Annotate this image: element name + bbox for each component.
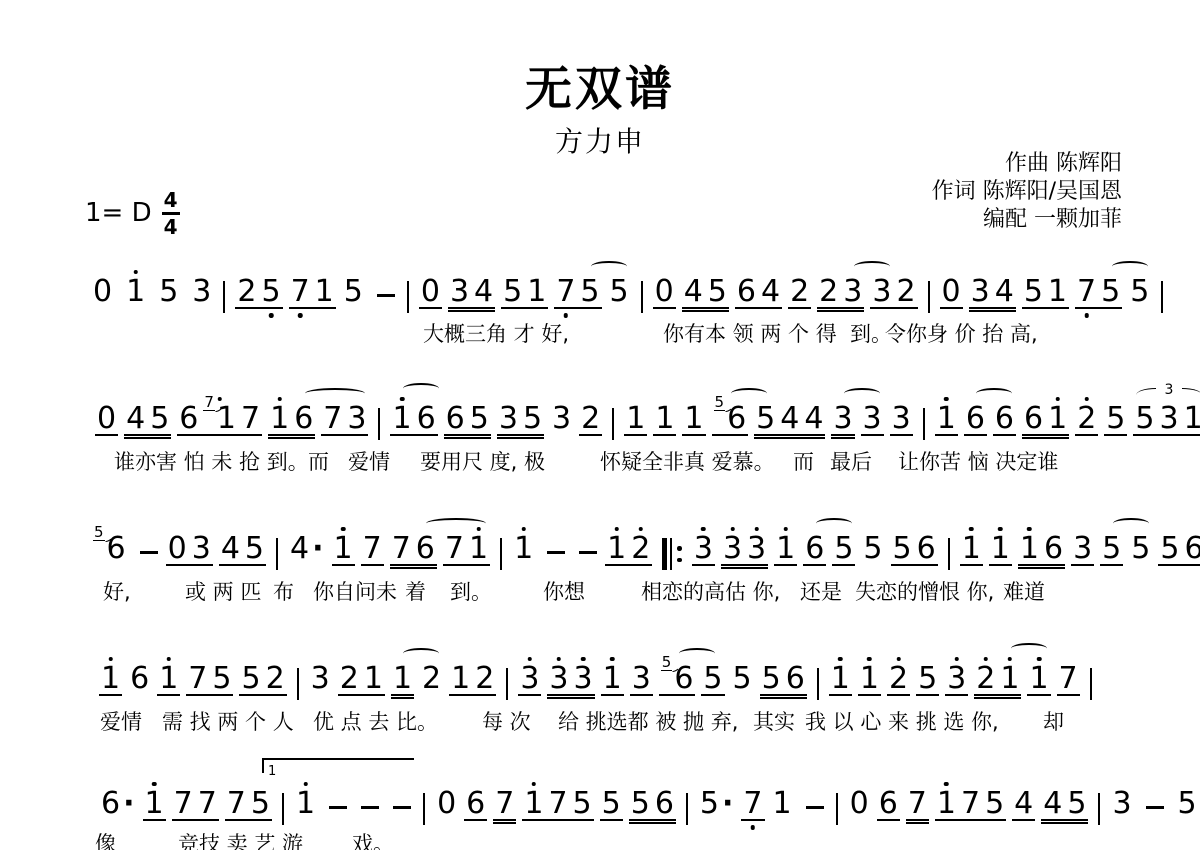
beam-group: 3 <box>890 404 913 436</box>
lyric-segment: 而 <box>308 450 329 475</box>
beam-group: 65 <box>444 404 491 436</box>
note-token: 2 <box>340 664 359 694</box>
note-digit: 3 <box>1112 789 1131 819</box>
octave-dot-above <box>277 397 282 402</box>
beam-group: 4 <box>1012 789 1035 821</box>
measure: 1617552 <box>96 664 290 696</box>
measure: 333165556 <box>689 534 941 566</box>
note-digit: 4 <box>290 534 309 564</box>
note-digit: 5 <box>1067 789 1086 819</box>
beam-group: 1 <box>1027 664 1050 696</box>
note-token: 5 <box>470 404 489 434</box>
beam-group: 6 <box>877 789 900 821</box>
octave-dot-above <box>896 657 901 662</box>
note-digit: 6 <box>1044 534 1063 564</box>
octave-dot-below <box>751 825 756 830</box>
note-digit: 4 <box>126 404 145 434</box>
beam-group: 0153 <box>91 277 213 309</box>
barline <box>928 281 930 313</box>
note-digit: 0 <box>421 277 440 307</box>
tuplet-number: 3 <box>1165 383 1174 397</box>
note-token: 6 <box>966 404 985 434</box>
note-digit: 6 <box>1024 404 1043 434</box>
measure: 16661253531 <box>932 404 1200 436</box>
note-token: 1 <box>603 664 622 694</box>
note-digit: 2 <box>581 404 600 434</box>
measure: 25715 <box>232 277 399 309</box>
note-token: 3 <box>723 534 742 564</box>
note-digit: 1 <box>684 404 703 434</box>
note-token: 1 <box>524 789 543 819</box>
note-digit: 1 <box>937 404 956 434</box>
note-digit: 5 <box>1106 404 1125 434</box>
note-digit: 4 <box>684 277 703 307</box>
note-digit: 2 <box>266 664 285 694</box>
note-token: 3 <box>1112 789 1131 819</box>
dash-rest <box>806 806 824 809</box>
note-token: 1 <box>1048 277 1067 307</box>
beam-group: 5 <box>1100 534 1123 566</box>
note-token: 4 <box>221 534 240 564</box>
beam-group: 75 <box>225 789 272 821</box>
note-digit: 1 <box>860 664 879 694</box>
note-token: 5 <box>1101 277 1120 307</box>
note-token <box>547 551 565 564</box>
barline <box>923 408 925 440</box>
note-digit: 3 <box>311 664 330 694</box>
lyric-segment: 戏。 <box>352 832 394 850</box>
grace-note: 5 <box>714 395 726 411</box>
note-token: 0 <box>437 789 456 819</box>
note-token: 4· <box>290 534 324 564</box>
note-digit: 1 <box>937 789 956 819</box>
note-digit: 0 <box>850 789 869 819</box>
note-token: 1 <box>1048 404 1067 434</box>
note-digit: 1 <box>773 789 792 819</box>
note-token: 1 <box>626 404 645 434</box>
beam-group: 2 <box>420 664 443 696</box>
note-token: 7 <box>363 534 382 564</box>
note-digit: 2 <box>237 277 256 307</box>
beam-group: 2 <box>788 277 811 309</box>
dash-rest <box>1146 806 1164 809</box>
note-digit: 3 <box>723 534 742 564</box>
volta-number: 1 <box>268 765 276 778</box>
beam-group: 56 <box>659 664 696 696</box>
octave-dot-above <box>730 527 735 532</box>
note-digit: 7 <box>227 789 246 819</box>
lyric-segment: 好, <box>103 580 131 605</box>
note-token: 3 <box>833 404 852 434</box>
sheet-page: 无双谱 方力申 作曲 陈辉阳 作词 陈辉阳/吴国恩 编配 一颗加菲 1= D 4… <box>0 0 1200 850</box>
beam-group: 56 <box>712 404 749 436</box>
grace-note: 7 <box>203 395 215 411</box>
measure: 067175556 <box>432 789 679 821</box>
note-digit: 0 <box>168 534 187 564</box>
note-digit: 4 <box>221 534 240 564</box>
music-line: 01532571503451755045642233203451755 <box>88 277 1170 309</box>
note-digit: 4 <box>995 277 1014 307</box>
note-token: 0 <box>655 277 674 307</box>
note-digit: 1 <box>451 664 470 694</box>
note-digit: 5 <box>918 664 937 694</box>
beam-group: 25 <box>235 277 282 309</box>
note-digit: 3 <box>574 664 593 694</box>
note-token: 5 <box>703 664 722 694</box>
octave-dot-above <box>639 527 644 532</box>
repeat-dots <box>677 538 682 570</box>
beam-group: 6 <box>128 664 151 696</box>
beam-group: 5 <box>1128 277 1151 309</box>
note-digit: 5 <box>470 404 489 434</box>
lyric-segment: 爱情 <box>348 450 390 475</box>
note-token: 6 <box>466 789 485 819</box>
note-token: 6 <box>655 789 674 819</box>
note-digit: 1 <box>514 534 533 564</box>
slur-arc <box>591 261 627 272</box>
note-token: 3 <box>971 277 990 307</box>
note-token: 5 <box>1131 534 1150 564</box>
beam-group: 34 <box>969 277 1016 309</box>
note-token: 1 <box>860 664 879 694</box>
note-digit: 5 <box>1178 789 1197 819</box>
note-token: 6 <box>786 664 805 694</box>
octave-dot-above <box>754 527 759 532</box>
note-token: 3 <box>1073 534 1092 564</box>
note-token: 7 <box>908 789 927 819</box>
note-digit: 1 <box>315 277 334 307</box>
beam-group: 1 <box>829 664 852 696</box>
note-token: 6 <box>879 789 898 819</box>
dash-rest <box>547 551 565 554</box>
beam-group: 1 <box>960 534 983 566</box>
lyric-segment: 还是 <box>800 580 842 605</box>
note-token: 1 <box>937 404 956 434</box>
lyric-segment: 失恋的憎恨 你, <box>855 580 994 605</box>
note-token: 4 <box>761 277 780 307</box>
note-digit: 7 <box>174 789 193 819</box>
note-digit: 5 <box>834 534 853 564</box>
note-token: 4 <box>1014 789 1033 819</box>
note-digit: 2 <box>819 277 838 307</box>
note-token: 3 <box>520 664 539 694</box>
octave-dot-above <box>1008 657 1013 662</box>
beam-group: 2 <box>579 404 602 436</box>
beam-group: 1 <box>294 789 413 821</box>
note-token: 0 <box>850 789 869 819</box>
note-token: 4 <box>1043 789 1062 819</box>
note-token: 3 <box>694 534 713 564</box>
beam-group: 33 <box>721 534 768 566</box>
note-token: 1 <box>159 664 178 694</box>
note-digit: 1 <box>270 404 289 434</box>
note-token: 1 <box>393 664 412 694</box>
octave-dot-above <box>581 657 586 662</box>
note-token: 5 <box>1160 534 1179 564</box>
beam-group: 12 <box>605 534 652 566</box>
beam-group: 1 <box>601 664 624 696</box>
beam-group: 3531 <box>1133 404 1200 436</box>
note-digit: 5 <box>703 664 722 694</box>
note-token <box>393 806 411 819</box>
note-digit: 1 <box>1048 277 1067 307</box>
note-token: 6 <box>805 534 824 564</box>
lyric-segment: 或 两 匹 <box>185 580 261 605</box>
note-token: 1 <box>831 664 850 694</box>
note-digit: 5 <box>610 277 629 307</box>
lyric-segment: 竞技 卖 艺 游 <box>178 832 303 850</box>
note-token: 0 <box>97 404 116 434</box>
barline <box>282 793 284 825</box>
lyric-segment: 难道 <box>1003 580 1045 605</box>
barline <box>407 281 409 313</box>
lyric-segment: 让你苦 恼 决定谁 <box>898 450 1058 475</box>
octave-dot-above <box>867 657 872 662</box>
note-token: 5 <box>251 789 270 819</box>
note-digit: 5 <box>893 534 912 564</box>
note-digit: 2 <box>631 534 650 564</box>
note-token: 7 <box>392 534 411 564</box>
note-digit: 7 <box>961 789 980 819</box>
slur-arc <box>1113 518 1149 529</box>
note-token: 5· <box>700 789 734 819</box>
measure: 111635556 <box>957 534 1200 566</box>
note-token: 1 <box>607 534 626 564</box>
octave-dot-above <box>701 527 706 532</box>
note-digit: 5 <box>212 664 231 694</box>
note-token <box>377 294 395 307</box>
note-token: 6 <box>417 404 436 434</box>
octave-dot-above <box>521 527 526 532</box>
score-area: 01532571503451755045642233203451755大概三角 … <box>0 0 1200 850</box>
note-token: 3 <box>1159 404 1178 434</box>
note-digit: 4 <box>474 277 493 307</box>
note-token: 3 <box>549 664 568 694</box>
measure: 0456422332 <box>650 277 921 309</box>
lyric-segment: 其实 <box>753 710 795 735</box>
note-token: 2 <box>790 277 809 307</box>
note-token: 5 <box>1067 789 1086 819</box>
beam-group: 1 <box>512 534 599 566</box>
note-digit: 1 <box>626 404 645 434</box>
beam-group: 3 <box>518 664 541 696</box>
note-digit: 1 <box>603 664 622 694</box>
note-token: 1 <box>527 277 546 307</box>
note-digit: 5 <box>1135 404 1154 434</box>
note-digit: 7 <box>743 789 762 819</box>
note-digit: 7 <box>1059 664 1078 694</box>
note-digit: 3 <box>450 277 469 307</box>
slur-arc <box>679 648 715 659</box>
note-token: 1 <box>1000 664 1019 694</box>
barline <box>297 668 299 700</box>
octave-dot-above <box>944 397 949 402</box>
note-token: 1 <box>101 664 120 694</box>
beam-group: 1 <box>989 534 1012 566</box>
note-token: 6 <box>737 277 756 307</box>
augmentation-dot: · <box>722 789 733 819</box>
note-digit: 3 <box>971 277 990 307</box>
barline <box>223 281 225 313</box>
note-digit: 3 <box>347 404 366 434</box>
note-token: 6 <box>917 534 936 564</box>
note-digit: 6 <box>466 789 485 819</box>
beam-group: 2 <box>887 664 910 696</box>
note-token: 5 <box>756 404 775 434</box>
note-token: 1 <box>991 534 1010 564</box>
note-token: 1 <box>514 534 533 564</box>
note-token: 3 <box>863 404 882 434</box>
measure: 4·177671 <box>285 534 493 566</box>
note-token: 1 <box>145 789 164 819</box>
beam-group: 544 <box>754 404 825 436</box>
begin-repeat-sign <box>662 538 682 570</box>
note-digit: 1 <box>126 277 145 307</box>
note-digit: 2 <box>340 664 359 694</box>
note-digit: 5 <box>241 664 260 694</box>
note-token: 6 <box>1024 404 1043 434</box>
beam-group: 3 <box>861 404 884 436</box>
note-token: 5 <box>1135 404 1154 434</box>
beam-group: 6 <box>993 404 1016 436</box>
note-digit: 5 <box>631 789 650 819</box>
note-digit: 5 <box>985 789 1004 819</box>
beam-group: 12 <box>449 664 496 696</box>
note-digit: 3 <box>833 404 852 434</box>
note-digit: 2 <box>889 664 908 694</box>
note-token: 1 <box>315 277 334 307</box>
note-digit: 5 <box>762 664 781 694</box>
note-token: 7 <box>198 789 217 819</box>
octave-dot-below <box>298 313 303 318</box>
beam-group: 3 <box>831 404 854 436</box>
note-token: 7 <box>556 277 575 307</box>
note-token: 2 <box>581 404 600 434</box>
beam-group: 3 <box>692 534 715 566</box>
beam-group: 71 <box>443 534 490 566</box>
note-digit: 5 <box>602 789 621 819</box>
note-digit: 3 <box>549 664 568 694</box>
note-token: 5 <box>573 789 592 819</box>
octave-dot-above <box>133 270 138 275</box>
note-digit: 2 <box>790 277 809 307</box>
note-token: 7 <box>241 404 260 434</box>
octave-dot-above <box>944 782 949 787</box>
note-digit: 6 <box>179 404 198 434</box>
beam-group: 3 <box>550 404 573 436</box>
measure: 5·71 <box>695 789 829 821</box>
note-token: 5 <box>762 664 781 694</box>
note-token: 5 <box>610 277 629 307</box>
grace-note: 5 <box>661 655 673 671</box>
note-digit: 1 <box>1029 664 1048 694</box>
beam-group: 03 <box>166 534 213 566</box>
note-digit: 6 <box>966 404 985 434</box>
octave-dot-above <box>557 657 562 662</box>
beam-group: 61 <box>1022 404 1069 436</box>
note-digit: 1 <box>527 277 546 307</box>
note-token: 7 <box>961 789 980 819</box>
note-token: 5 <box>834 534 853 564</box>
note-digit: 5 <box>251 789 270 819</box>
note-digit: 6 <box>879 789 898 819</box>
note-digit: 4 <box>804 404 823 434</box>
barline <box>500 538 502 570</box>
measure: 112532117 <box>826 664 1083 696</box>
beam-group: 3 <box>1071 534 1094 566</box>
note-digit: 2 <box>896 277 915 307</box>
lyric-segment: 到。 <box>450 580 492 605</box>
octave-dot-above <box>476 527 481 532</box>
note-token: 5 <box>241 664 260 694</box>
note-token: 0 <box>421 277 440 307</box>
beam-group: 5 <box>731 664 754 696</box>
octave-dot-above <box>984 657 989 662</box>
note-digit: 3 <box>747 534 766 564</box>
beam-group: 35 <box>497 404 544 436</box>
beam-group: 2 <box>1075 404 1098 436</box>
note-token: 3 <box>552 404 571 434</box>
beam-group: 3 <box>309 664 332 696</box>
beam-group: 0 <box>95 404 118 436</box>
beam-group: 0 <box>435 789 458 821</box>
note-token: 1 <box>392 404 411 434</box>
note-digit: 7 <box>548 789 567 819</box>
note-token: 3 <box>192 277 211 307</box>
note-token: 2 <box>976 664 995 694</box>
beam-group: 1 <box>624 404 647 436</box>
octave-dot-above <box>783 527 788 532</box>
note-digit: 3 <box>872 277 891 307</box>
note-digit: 6 <box>101 789 120 819</box>
beam-group: 0 <box>653 277 676 309</box>
note-digit: 1 <box>831 664 850 694</box>
octave-dot-above <box>108 657 113 662</box>
note-digit: 1 <box>607 534 626 564</box>
note-digit: 7 <box>1077 277 1096 307</box>
slur-arc <box>731 388 767 399</box>
beam-group: 51 <box>1022 277 1069 309</box>
beam-group: 1 <box>771 789 826 821</box>
note-digit: 6 <box>417 404 436 434</box>
lyric-segment: 却 <box>1043 710 1064 735</box>
octave-dot-above <box>217 397 222 402</box>
note-token: 1 <box>364 664 383 694</box>
note-token: 7 <box>743 789 762 819</box>
lyric-segment: 着 <box>405 580 426 605</box>
beam-group: 3 <box>630 664 653 696</box>
octave-dot-above <box>528 657 533 662</box>
note-digit: 7 <box>188 664 207 694</box>
note-digit: 7 <box>908 789 927 819</box>
barline <box>423 793 425 825</box>
note-token <box>806 806 824 819</box>
note-token: 3 <box>499 404 518 434</box>
note-digit: 3 <box>632 664 651 694</box>
note-digit: 5 <box>523 404 542 434</box>
barline <box>686 793 688 825</box>
augmentation-dot: · <box>312 534 323 564</box>
octave-dot-above <box>838 657 843 662</box>
beam-group: 6 <box>464 789 487 821</box>
note-digit: 5 <box>1160 534 1179 564</box>
note-token: 5 <box>863 534 882 564</box>
slur-arc <box>1112 261 1148 272</box>
note-token: 6 <box>416 534 435 564</box>
note-token: 5 <box>1130 277 1149 307</box>
note-digit: 0 <box>655 277 674 307</box>
beam-group: 52 <box>239 664 286 696</box>
